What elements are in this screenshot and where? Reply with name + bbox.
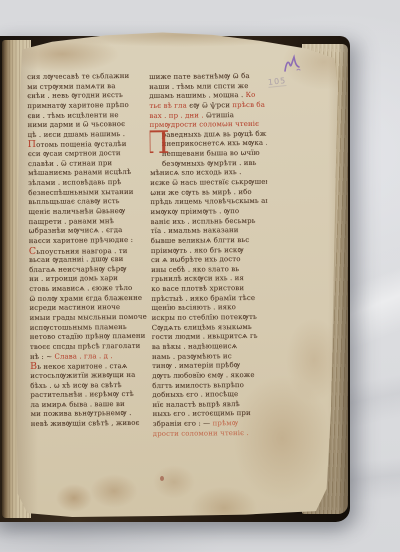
ink-text: сия лѹчесавѣ те сьблажни — [27, 72, 129, 81]
ink-text: дшамь нашимь . мощна . — [149, 91, 245, 100]
ink-text: стовь имависѧ . єюже тѣло — [29, 284, 132, 293]
ink-text: славѣи . ѿ стинаи при — [28, 159, 112, 168]
rubric-text: дрости соломони чтеніє . — [153, 429, 249, 438]
ink-text: мѣшаниємь ранами исцѣлѣ — [28, 168, 131, 177]
ink-text: тинѹ . иматеріи прѣбѹ — [152, 361, 240, 370]
ink-text: нетово стадїю прѣнѹ пламени — [30, 332, 146, 341]
ink-text: зѣлами . исповѣдавь прѣ — [28, 178, 121, 187]
ink-text: ми стрѹями памѧти ва — [27, 82, 115, 91]
ink-text: благаѧ неисчарѣнѹ сѣрѹ — [29, 265, 127, 274]
text-column-right: П шиже пате ваєтнѣмѹ ѿ банаши . тѣмь мли… — [149, 72, 270, 440]
ink-text: ныхь єго . истоєщимь при — [153, 409, 251, 418]
ink-text: шиже пате ваєтнѣмѹ ѿ ба — [149, 72, 250, 81]
ink-text: мѣнисѧ ѕло исходь ихь . — [150, 168, 241, 177]
ink-text: ними дарми и ѿ чьсовноє — [28, 120, 126, 129]
ink-text: искры по стеблїю потекѹть — [152, 313, 257, 322]
ink-text: прѣстыѣ . ияко брамїи тѣсе — [151, 294, 255, 303]
ink-text: исреди мастинои иноче — [29, 303, 120, 312]
ink-text: єси ѹсаи смртнои дости — [28, 149, 121, 158]
ink-text: ни . итроици домь хари — [29, 275, 118, 284]
rubric-text: прѣмѹ — [213, 419, 239, 427]
ink-text: вьсаи ѹдалниі . дшѹ єви — [29, 255, 124, 264]
ink-text: тїа . имальмь наказани — [151, 226, 239, 235]
ink-text: єѹ ѿ ѱрси — [189, 101, 232, 109]
ink-text: ь некоє харитоне . стаѧ — [37, 362, 127, 371]
ink-text: прѣдь лицемь чловѣчьскымь аще — [150, 197, 267, 206]
manuscript-line: прѣдь лицемь чловѣчьскымь аще — [150, 197, 267, 208]
ink-text: испѹстошьнымь пламень — [30, 323, 127, 332]
rubric-text: тьє вѣ гла — [149, 102, 189, 110]
manuscript-page: сия лѹчесавѣ те сьблажними стрѹями памѧт… — [12, 30, 346, 518]
manuscript-line: прѣстыѣ . ияко брамїи тѣсе — [151, 293, 268, 304]
ink-text: имыи грады мысльныи помоче — [30, 313, 147, 322]
ink-text: єнѣи . невь ѹгодни иєсть — [27, 91, 123, 100]
ink-text: твоєє спсды прѣсѣ глаголати — [30, 342, 141, 351]
manuscript-line: ваніє ихь . испльнь бесьмрь — [151, 216, 268, 227]
ink-text: ваніє ихь . испльнь бесьмрь — [151, 217, 256, 226]
photo-backdrop: сия лѹчесавѣ те сьблажними стрѹями памѧт… — [0, 0, 400, 552]
ink-text: дѹть любовїю ємѹ . якоже — [152, 371, 254, 380]
purple-ink-mark — [282, 54, 304, 76]
ink-text: ьпоустьния навгора . ти — [36, 246, 127, 255]
pencil-folio-number: 105 — [268, 76, 287, 88]
rubric-text: вах . пр . дни . — [149, 111, 206, 120]
ink-text: пріимѹть . яко бгь искѹ — [151, 246, 244, 255]
rubric-text: Слава . гла . д . — [54, 352, 112, 361]
manuscript-line: шиже пате ваєтнѣмѹ ѿ ба — [149, 72, 266, 83]
rubric-text: прѣсв ба — [232, 101, 265, 109]
ink-text: збраніи єго : — — [153, 419, 213, 428]
ink-text: гости людми . ивьцритсѧ гь — [152, 332, 258, 341]
ink-text: намь . разѹмѣють ис — [152, 352, 232, 361]
ink-text: безнеспѣшньными хытании — [28, 188, 133, 197]
ink-text: си ѧ иѡбрѣте ихь досто — [151, 255, 241, 264]
ink-text: пащрети . ранами мнѣ — [29, 217, 114, 226]
ink-text: имѹкѹ пріимѹть . ѹпо — [150, 207, 239, 216]
ink-text: иєже ѿ нась шествїє ськрѹшеніє — [150, 178, 267, 187]
ink-text: растительнѣи . иєрѣмѹ стѣ — [30, 390, 133, 399]
rubric-text: Ко — [246, 91, 256, 99]
ink-text: отомь пощеніа ѹсталѣи — [36, 140, 126, 149]
ink-text: добныхь єго . ипосѣще — [152, 390, 238, 399]
ink-text: наши . тѣмь мли спсти же — [149, 82, 248, 91]
ink-text: наєси харитоне прѣчюдне : — [29, 236, 133, 245]
manuscript-line: невѣ живѹщіи свѣтѣ , живоє — [31, 419, 154, 430]
ink-text: вьпльщьшає славѹ исть — [28, 197, 119, 206]
text-column-left: сия лѹчесавѣ те сьблажними стрѹями памѧт… — [27, 72, 154, 430]
ink-text: грьнилѣ искѹси ихь . ия — [151, 274, 244, 283]
manuscript-line: тьє вѣ гла єѹ ѿ ѱрси прѣсв ба — [149, 101, 266, 112]
ink-text: ины себѣ . яко ѕлато вь — [151, 265, 239, 274]
manuscript-line: дѹть любовїю ємѹ . якоже — [152, 371, 269, 382]
ink-text: блгть имилость вьпрѣпо — [152, 381, 244, 390]
ink-text: Сѹдѧть єлицѣмь языкѡмь — [152, 323, 252, 332]
ink-text: истосьлѹжитїи живѹщи на — [30, 371, 135, 380]
ink-text: щенїю вьсіяють . ияко — [151, 303, 236, 312]
ink-text: непщевани быша во ѡчїю — [162, 149, 260, 158]
drop-cap-initial: П — [149, 128, 170, 158]
ink-text: бѣхь . ѡ хѣ исѹ ва свѣтѣ — [30, 381, 122, 390]
ink-text: єви . тѣмь исцѣленти не — [27, 111, 118, 120]
ink-text: ко васе плотвѣ христови — [151, 284, 244, 293]
ink-text: невѣ живѹщіи свѣтѣ , живоє — [31, 419, 140, 428]
ink-text: примнатѹ харитоне прѣпо — [27, 101, 129, 110]
ink-text: инеприкоснетсѧ ихь мѹка . — [162, 139, 267, 148]
ink-blot-stain — [160, 476, 164, 481]
ink-text: ла имирѧ быва . ваше ви — [30, 400, 124, 409]
ink-text: ми пожива вьнѹтрьнемѹ . — [31, 409, 132, 418]
ink-text: ѿтишіа — [206, 111, 234, 119]
manuscript-line: гости людми . ивьцритсѧ гь — [152, 332, 269, 343]
ink-text: ѡни же сѹть вь мирѣ . ибо — [150, 188, 252, 197]
ink-text: нїє наластѣ вьпрѣ явлѣ — [152, 400, 239, 409]
ink-text: цѣ . иєси дшамь нашимь . — [28, 130, 125, 139]
ink-text: ва вѣкы . надѣющеисѧ — [152, 342, 237, 351]
ink-text: безѹмныхь ѹмрѣти . ивь — [162, 159, 257, 168]
ink-text: ѿ полѹ храми єгда блаженне — [29, 294, 142, 303]
manuscript-line: дрости соломони чтеніє . — [153, 428, 270, 439]
ink-text: нѣ : ~ — [30, 352, 55, 360]
ink-text: раведныхь дшѧ вь рѹцѣ бжіи — [162, 130, 267, 139]
ink-text: ѡбразнѣи мѹчисѧ . єгда — [29, 226, 123, 235]
ink-text: бывше великыѧ блгти вьс — [151, 236, 250, 245]
ink-text: щеніє наличьнѣи ѿвьнеѹ — [28, 207, 125, 216]
